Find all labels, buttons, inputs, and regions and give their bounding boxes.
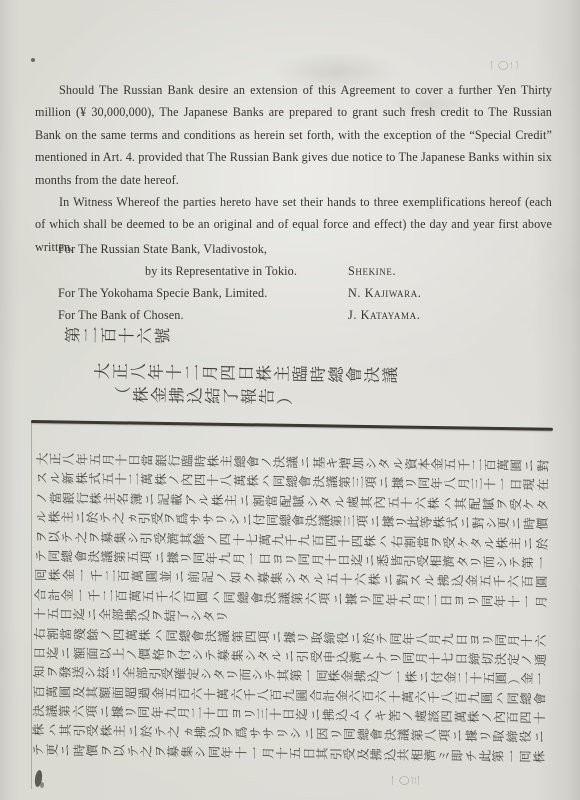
glyph: 一 [531,672,551,685]
glyph: ） [273,387,298,405]
page-number-bleed-bottom: 一〇三 [389,775,422,786]
signature-row-yokohama-specie-bank: For The Yokohama Specie Bank, Limited. N… [35,286,552,306]
glyph: 三 [411,775,422,786]
glyph: 株 [530,750,550,763]
signature-label: by its Representative in Tokio. [145,264,297,279]
glyph: 會 [531,692,551,705]
glyph: 號 [151,327,176,345]
signature-name: J. Katayama. [348,308,420,323]
glyph: 圓 [533,575,553,588]
glyph: タ [534,498,554,511]
horizontal-rule [31,420,553,430]
glyph: 於 [533,537,553,550]
signature-name: N. Kajiwara. [348,286,421,301]
glyph: 一 [389,775,400,786]
signature-label: For The Bank of Chosen. [58,308,184,323]
signature-row-russian-state-bank: For The Russian State Bank, Vladivostok, [35,242,552,262]
japanese-doc-number: 第二百十六號 [65,322,173,349]
glyph: 月 [532,595,552,608]
signature-name: Shekine. [348,264,396,279]
japanese-report-header: 第二百十六號 大正八年十二月四日株主臨時總會決議 （株金拂込結了報告） [3,0,580,127]
glyph: 一 [533,556,553,569]
glyph: 通 [531,653,551,666]
glyph: ニ [530,731,550,744]
signature-row-representative: by its Representative in Tokio. Shekine. [35,264,552,284]
glyph: 價 [534,517,554,530]
ink-smudge [40,782,44,788]
glyph: 對 [534,459,554,472]
scanned-document-page: 一〇二 Should The Russian Bank desire an ex… [0,0,580,800]
glyph: 六 [532,634,552,647]
glyph: 議 [379,366,404,384]
japanese-report-subtitle: （株金拂込結了報告） [115,382,295,410]
signature-label: For The Yokohama Specie Bank, Limited. [58,286,267,301]
signature-label: For The Russian State Bank, Vladivostok, [58,242,267,257]
glyph: 十 [531,711,551,724]
glyph: 在 [534,479,554,492]
japanese-report-body: 大正八年五月十日當銀行臨時株主總會ノ決議ニ基キ增加シタル資本金五千二百萬圓ニ對 … [33,449,551,766]
glyph: リ [213,610,233,623]
glyph: 〇 [400,775,411,786]
